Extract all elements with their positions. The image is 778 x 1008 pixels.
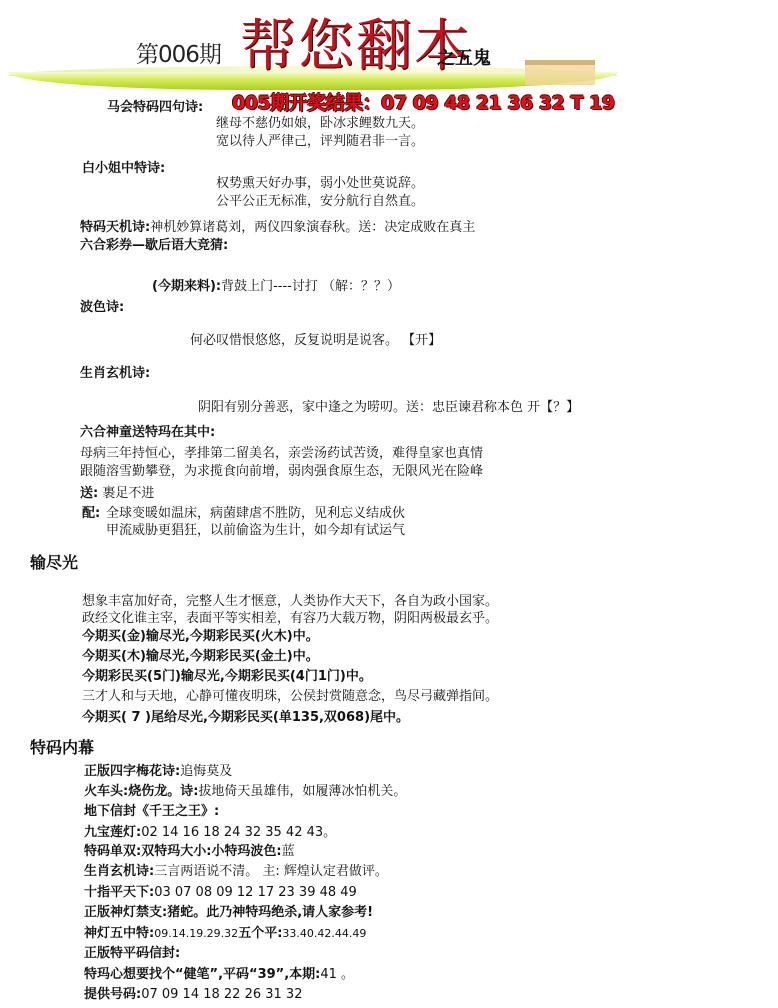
shengxiao-label: 生肖玄机诗:: [80, 362, 150, 381]
shujinguang-line: 三才人和与天地，心静可懂夜明珠，公侯封赏随意念，鸟尽弓藏弹指间。: [82, 685, 498, 704]
pei-line-2: 甲流威胁更猖狂，以前偷盗为生计，如今却有试运气: [106, 519, 405, 538]
neimu-row: 提供号码:07 09 14 18 22 26 31 32: [84, 983, 302, 1002]
song-label: 送:: [80, 486, 98, 501]
row-value: 蓝: [282, 844, 295, 859]
neimu-row: 特码单双:双特玛大小:小特玛波色:蓝: [84, 840, 295, 859]
row-label: 生肖玄机诗:: [84, 864, 154, 879]
row-label: 特玛心想要找个“健笔”,平码“39”,本期:: [84, 967, 320, 982]
row-value: 拔地倚天虽雄伟，如履薄冰怕机关。: [198, 784, 406, 799]
row-label: 十指平天下:: [84, 885, 154, 900]
row-label: 特码单双:双特玛大小:小特玛波色:: [84, 844, 282, 859]
header-banner: 第006期 帮您翻本 之五鬼: [0, 0, 778, 92]
row-label: 神灯五中特:: [84, 926, 154, 941]
neimu-row: 正版特平码信封:: [84, 942, 180, 961]
xiehouyu-text: 背鼓上门----讨打 （解：？？）: [221, 279, 400, 294]
row-label-2: 五个平:: [238, 926, 282, 941]
bai-line-1: 权势熏天好办事，弱小处世莫说辞。: [216, 172, 424, 191]
shujinguang-line: 今期彩民买(5门)输尽光,今期彩民买(4门1门)中。: [82, 665, 372, 684]
tianji-label: 特码天机诗:: [80, 220, 150, 235]
shujinguang-line: 今期买(金)输尽光,今期彩民买(火木)中。: [82, 625, 319, 644]
house-illustration: [525, 60, 595, 85]
song-row: 送: 裹足不进: [80, 482, 154, 501]
brand-title: 帮您翻本: [240, 2, 472, 82]
row-value: 03 07 08 09 12 17 23 39 48 49: [154, 885, 357, 900]
neimu-row: 火车头:烧伤龙。诗:拔地倚天虽雄伟，如履薄冰怕机关。: [84, 780, 406, 799]
row-label: 正版特平码信封:: [84, 946, 180, 961]
row-label: 九宝莲灯:: [84, 825, 141, 840]
tianji-text: 神机妙算诸葛刘，两仪四象演春秋。送：决定成败在真主: [150, 220, 475, 235]
section-title-temaneimu: 特码内幕: [30, 735, 94, 758]
xiehouyu-row: (今期来料):背鼓上门----讨打 （解：？？）: [152, 275, 400, 294]
row-value: 41 。: [320, 967, 354, 982]
row-label: 提供号码:: [84, 987, 141, 1002]
row-value: 追悔莫及: [180, 764, 232, 779]
section-title-shujinguang: 输尽光: [30, 550, 78, 573]
song-text: 裹足不进: [102, 486, 154, 501]
neimu-row: 地下信封《千王之王》:: [84, 800, 219, 819]
mahui-label: 马会特码四句诗:: [107, 96, 203, 115]
bose-label: 波色诗:: [80, 296, 124, 315]
row-label: 地下信封《千王之王》:: [84, 804, 219, 819]
mahui-line-1: 继母不慈仍如娘，卧冰求鲤数九天。: [216, 112, 424, 131]
neimu-row: 生肖玄机诗:三言两语说不清。 主: 辉煌认定君做评。: [84, 860, 388, 879]
row-value-2: 33.40.42.44.49: [282, 927, 366, 940]
row-label: 火车头:烧伤龙。诗:: [84, 784, 198, 799]
issue-number: 第006期: [136, 36, 221, 69]
row-label: 正版神灯禁支:猪蛇。此乃神特玛绝杀,请人家参考!: [84, 905, 373, 920]
shujinguang-line: 今期买( 7 )尾给尽光,今期彩民买(单135,双068)尾中。: [82, 706, 409, 725]
neimu-row: 正版四字梅花诗:追悔莫及: [84, 760, 232, 779]
xiehouyu-prefix: (今期来料):: [152, 279, 221, 294]
pei-label: 配:: [82, 502, 100, 521]
neimu-row: 正版神灯禁支:猪蛇。此乃神特玛绝杀,请人家参考!: [84, 901, 373, 920]
row-value: 02 14 16 18 24 32 35 42 43。: [141, 825, 336, 840]
neimu-row: 九宝莲灯:02 14 16 18 24 32 35 42 43。: [84, 821, 336, 840]
tianji-row: 特码天机诗:神机妙算诸葛刘，两仪四象演春秋。送：决定成败在真主: [80, 216, 475, 235]
shentong-line-1: 母病三年持恒心，孝排第二留美名，亲尝汤药试苦烫，难得皇家也真情: [80, 442, 483, 461]
shengxiao-text: 阴阳有别分善恶，家中逢之为唠叨。送：忠臣谏君称本色 开【？】: [198, 396, 579, 415]
shujinguang-line: 今期买(木)输尽光,今期彩民买(金土)中。: [82, 645, 319, 664]
shentong-line-2: 跟随溶雪勤攀登，为求揽食向前增，弱肉强食原生态，无限风光在险峰: [80, 460, 483, 479]
bai-label: 白小姐中特诗:: [82, 157, 165, 176]
neimu-row: 神灯五中特:09.14.19.29.32五个平:33.40.42.44.49: [84, 922, 366, 941]
xiehouyu-label: 六合彩券—歇后语大竞猜:: [80, 234, 228, 253]
row-value: 07 09 14 18 22 26 31 32: [141, 987, 302, 1002]
mahui-line-2: 宽以待人严律己，评判随君非一言。: [216, 130, 424, 149]
shujinguang-line: 政经文化谁主宰，表面平等实相差，有容乃大载万物，阴阳两极最玄乎。: [82, 607, 498, 626]
neimu-row: 特玛心想要找个“健笔”,平码“39”,本期:41 。: [84, 963, 354, 982]
draw-result: 005期开奖结果：07 09 48 21 36 32 T 19: [232, 88, 615, 115]
brand-suffix: 之五鬼: [437, 44, 491, 70]
bose-text: 何必叹惜恨悠悠，反复说明是说客。 【开】: [190, 329, 441, 348]
row-value: 09.14.19.29.32: [154, 927, 238, 940]
row-value: 三言两语说不清。 主: 辉煌认定君做评。: [154, 864, 388, 879]
bai-line-2: 公平公正无标准，安分航行自然直。: [216, 190, 424, 209]
neimu-row: 十指平天下:03 07 08 09 12 17 23 39 48 49: [84, 881, 357, 900]
row-label: 正版四字梅花诗:: [84, 764, 180, 779]
shentong-label: 六合神童送特玛在其中:: [80, 421, 215, 440]
